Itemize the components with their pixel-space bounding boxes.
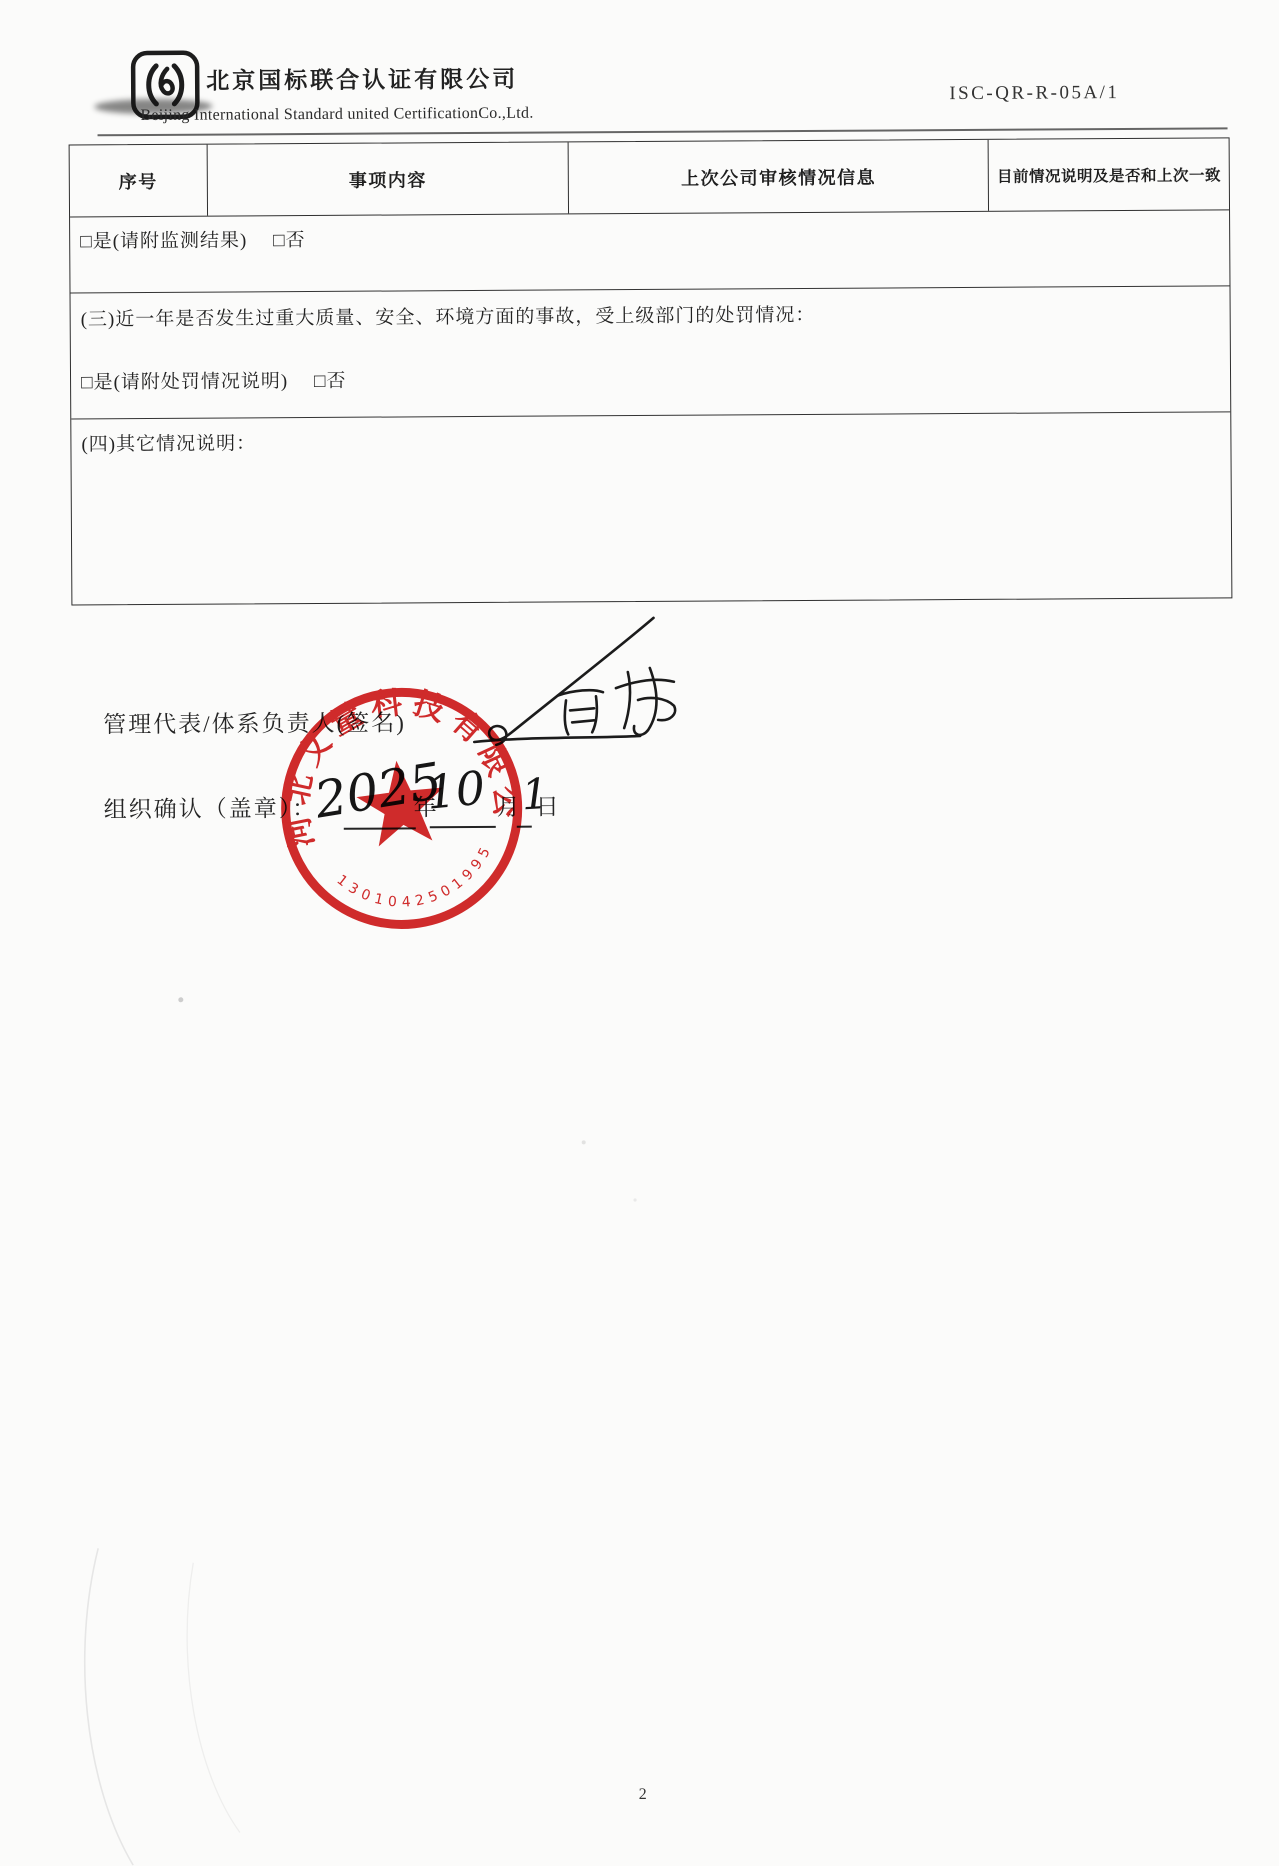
stamp-number-text: 1301042501995 [330, 839, 502, 919]
table-row: (三)近一年是否发生过重大质量、安全、环境方面的事故，受上级部门的处罚情况： □… [71, 286, 1231, 419]
review-status-table: 序号 事项内容 上次公司审核情况信息 目前情况说明及是否和上次一致 □是(请附监… [69, 137, 1233, 605]
checkbox-line-penalty: □是(请附处罚情况说明) □否 [81, 366, 347, 395]
header-rule [98, 127, 1228, 136]
document-code: ISC-QR-R-05A/1 [949, 82, 1119, 105]
company-name-en: Beijing International Standard united Ce… [140, 105, 533, 125]
svg-text:河北文量科技有限公司: 河北文量科技有限公司 [275, 682, 528, 854]
question-accidents: (三)近一年是否发生过重大质量、安全、环境方面的事故，受上级部门的处罚情况： [81, 300, 816, 331]
star-icon [353, 756, 449, 848]
column-header-lastaudit: 上次公司审核情况信息 [569, 140, 990, 214]
svg-text:1301042501995: 1301042501995 [330, 839, 502, 919]
company-name-cn: 北京国标联合认证有限公司 [206, 61, 518, 96]
column-header-seq: 序号 [70, 145, 208, 217]
other-notes-label: (四)其它情况说明： [81, 428, 256, 456]
stamp-company-text: 河北文量科技有限公司 [275, 682, 528, 854]
column-header-item: 事项内容 [207, 142, 569, 215]
company-seal-stamp: 河北文量科技有限公司 1301042501995 [275, 682, 529, 942]
table-row: (四)其它情况说明： [71, 412, 1231, 606]
column-header-current: 目前情况说明及是否和上次一致 [989, 138, 1229, 210]
scan-content: 北京国标联合认证有限公司 Beijing International Stand… [0, 0, 1279, 1866]
table-header-row: 序号 事项内容 上次公司审核情况信息 目前情况说明及是否和上次一致 [70, 138, 1229, 217]
page-number: 2 [639, 1786, 647, 1804]
checkbox-line-monitoring: □是(请附监测结果) □否 [80, 225, 306, 253]
table-row: □是(请附监测结果) □否 [70, 210, 1229, 293]
scanned-document-page: 北京国标联合认证有限公司 Beijing International Stand… [0, 0, 1279, 1866]
